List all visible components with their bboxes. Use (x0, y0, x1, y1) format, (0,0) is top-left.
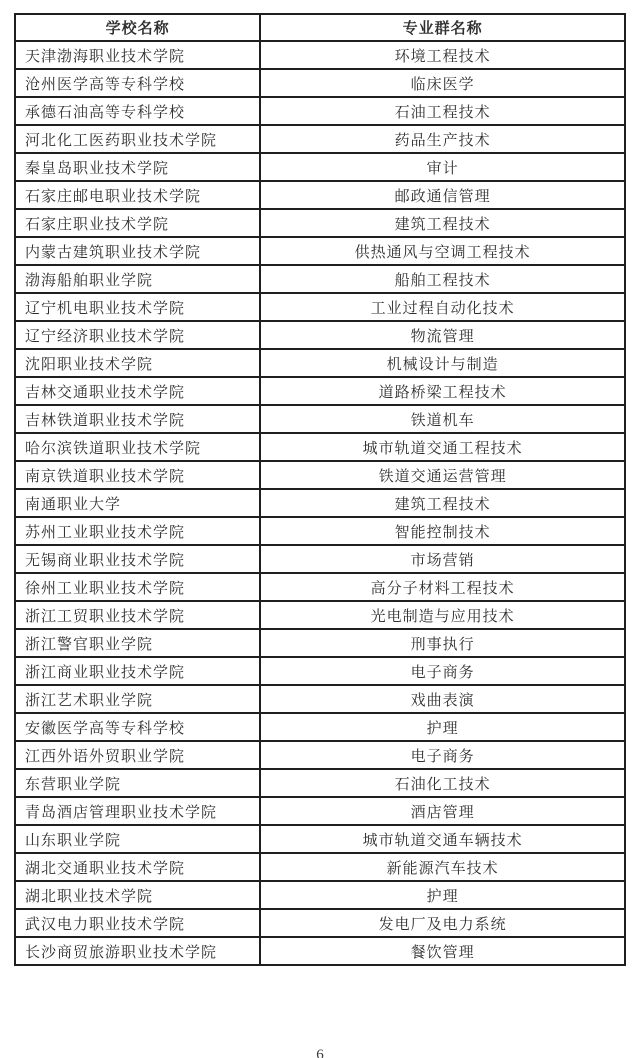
major-group-cell: 高分子材料工程技术 (260, 573, 625, 601)
table-row: 承德石油高等专科学校石油工程技术 (15, 97, 625, 125)
school-name-cell: 石家庄职业技术学院 (15, 209, 260, 237)
major-group-cell: 道路桥梁工程技术 (260, 377, 625, 405)
table-row: 浙江艺术职业学院戏曲表演 (15, 685, 625, 713)
table-row: 石家庄职业技术学院建筑工程技术 (15, 209, 625, 237)
school-name-cell: 徐州工业职业技术学院 (15, 573, 260, 601)
school-name-cell: 吉林交通职业技术学院 (15, 377, 260, 405)
major-group-cell: 刑事执行 (260, 629, 625, 657)
school-name-cell: 苏州工业职业技术学院 (15, 517, 260, 545)
school-name-cell: 东营职业学院 (15, 769, 260, 797)
school-name-cell: 武汉电力职业技术学院 (15, 909, 260, 937)
school-major-table: 学校名称 专业群名称 天津渤海职业技术学院环境工程技术沧州医学高等专科学校临床医… (14, 13, 626, 966)
table-row: 吉林铁道职业技术学院铁道机车 (15, 405, 625, 433)
major-group-cell: 智能控制技术 (260, 517, 625, 545)
major-group-cell: 供热通风与空调工程技术 (260, 237, 625, 265)
table-row: 青岛酒店管理职业技术学院酒店管理 (15, 797, 625, 825)
school-name-cell: 湖北职业技术学院 (15, 881, 260, 909)
major-group-cell: 新能源汽车技术 (260, 853, 625, 881)
table-row: 辽宁经济职业技术学院物流管理 (15, 321, 625, 349)
school-name-cell: 浙江商业职业技术学院 (15, 657, 260, 685)
school-name-cell: 沧州医学高等专科学校 (15, 69, 260, 97)
table-row: 天津渤海职业技术学院环境工程技术 (15, 41, 625, 69)
major-group-cell: 电子商务 (260, 657, 625, 685)
table-row: 沈阳职业技术学院机械设计与制造 (15, 349, 625, 377)
school-name-cell: 渤海船舶职业学院 (15, 265, 260, 293)
table-row: 渤海船舶职业学院船舶工程技术 (15, 265, 625, 293)
major-group-cell: 环境工程技术 (260, 41, 625, 69)
school-name-cell: 石家庄邮电职业技术学院 (15, 181, 260, 209)
table-row: 安徽医学高等专科学校护理 (15, 713, 625, 741)
table-row: 河北化工医药职业技术学院药品生产技术 (15, 125, 625, 153)
table-row: 无锡商业职业技术学院市场营销 (15, 545, 625, 573)
major-group-cell: 船舶工程技术 (260, 265, 625, 293)
major-group-cell: 机械设计与制造 (260, 349, 625, 377)
major-group-cell: 护理 (260, 881, 625, 909)
major-group-cell: 城市轨道交通工程技术 (260, 433, 625, 461)
school-name-cell: 浙江警官职业学院 (15, 629, 260, 657)
school-name-cell: 哈尔滨铁道职业技术学院 (15, 433, 260, 461)
table-row: 浙江工贸职业技术学院光电制造与应用技术 (15, 601, 625, 629)
major-group-cell: 邮政通信管理 (260, 181, 625, 209)
major-group-cell: 餐饮管理 (260, 937, 625, 965)
table-row: 湖北交通职业技术学院新能源汽车技术 (15, 853, 625, 881)
school-name-cell: 长沙商贸旅游职业技术学院 (15, 937, 260, 965)
major-group-cell: 药品生产技术 (260, 125, 625, 153)
school-name-cell: 吉林铁道职业技术学院 (15, 405, 260, 433)
major-group-cell: 铁道机车 (260, 405, 625, 433)
major-group-cell: 光电制造与应用技术 (260, 601, 625, 629)
table-row: 浙江警官职业学院刑事执行 (15, 629, 625, 657)
school-name-cell: 无锡商业职业技术学院 (15, 545, 260, 573)
table-row: 沧州医学高等专科学校临床医学 (15, 69, 625, 97)
major-group-cell: 戏曲表演 (260, 685, 625, 713)
school-name-cell: 浙江工贸职业技术学院 (15, 601, 260, 629)
table-row: 吉林交通职业技术学院道路桥梁工程技术 (15, 377, 625, 405)
table-row: 石家庄邮电职业技术学院邮政通信管理 (15, 181, 625, 209)
major-group-cell: 审计 (260, 153, 625, 181)
column-header-school: 学校名称 (15, 14, 260, 41)
table-row: 内蒙古建筑职业技术学院供热通风与空调工程技术 (15, 237, 625, 265)
major-group-cell: 建筑工程技术 (260, 489, 625, 517)
table-row: 辽宁机电职业技术学院工业过程自动化技术 (15, 293, 625, 321)
page-number: 6 (0, 1047, 640, 1058)
school-name-cell: 江西外语外贸职业学院 (15, 741, 260, 769)
major-group-cell: 城市轨道交通车辆技术 (260, 825, 625, 853)
major-group-cell: 石油化工技术 (260, 769, 625, 797)
school-name-cell: 辽宁机电职业技术学院 (15, 293, 260, 321)
school-name-cell: 南通职业大学 (15, 489, 260, 517)
major-group-cell: 物流管理 (260, 321, 625, 349)
table-row: 湖北职业技术学院护理 (15, 881, 625, 909)
table-row: 山东职业学院城市轨道交通车辆技术 (15, 825, 625, 853)
table-row: 长沙商贸旅游职业技术学院餐饮管理 (15, 937, 625, 965)
major-group-cell: 临床医学 (260, 69, 625, 97)
school-name-cell: 承德石油高等专科学校 (15, 97, 260, 125)
major-group-cell: 铁道交通运营管理 (260, 461, 625, 489)
major-group-cell: 建筑工程技术 (260, 209, 625, 237)
school-name-cell: 辽宁经济职业技术学院 (15, 321, 260, 349)
school-name-cell: 青岛酒店管理职业技术学院 (15, 797, 260, 825)
school-name-cell: 沈阳职业技术学院 (15, 349, 260, 377)
table-row: 南京铁道职业技术学院铁道交通运营管理 (15, 461, 625, 489)
table-row: 武汉电力职业技术学院发电厂及电力系统 (15, 909, 625, 937)
major-group-cell: 电子商务 (260, 741, 625, 769)
table-row: 江西外语外贸职业学院电子商务 (15, 741, 625, 769)
table-row: 秦皇岛职业技术学院审计 (15, 153, 625, 181)
table-row: 东营职业学院石油化工技术 (15, 769, 625, 797)
school-name-cell: 内蒙古建筑职业技术学院 (15, 237, 260, 265)
school-name-cell: 浙江艺术职业学院 (15, 685, 260, 713)
table-row: 徐州工业职业技术学院高分子材料工程技术 (15, 573, 625, 601)
school-name-cell: 秦皇岛职业技术学院 (15, 153, 260, 181)
table-row: 南通职业大学建筑工程技术 (15, 489, 625, 517)
major-group-cell: 工业过程自动化技术 (260, 293, 625, 321)
column-header-major: 专业群名称 (260, 14, 625, 41)
table-row: 浙江商业职业技术学院电子商务 (15, 657, 625, 685)
table-header-row: 学校名称 专业群名称 (15, 14, 625, 41)
major-group-cell: 发电厂及电力系统 (260, 909, 625, 937)
major-group-cell: 石油工程技术 (260, 97, 625, 125)
table-body: 天津渤海职业技术学院环境工程技术沧州医学高等专科学校临床医学承德石油高等专科学校… (15, 41, 625, 965)
major-group-cell: 市场营销 (260, 545, 625, 573)
school-name-cell: 山东职业学院 (15, 825, 260, 853)
major-group-cell: 护理 (260, 713, 625, 741)
school-name-cell: 河北化工医药职业技术学院 (15, 125, 260, 153)
major-group-cell: 酒店管理 (260, 797, 625, 825)
table-row: 哈尔滨铁道职业技术学院城市轨道交通工程技术 (15, 433, 625, 461)
table-row: 苏州工业职业技术学院智能控制技术 (15, 517, 625, 545)
school-name-cell: 湖北交通职业技术学院 (15, 853, 260, 881)
school-name-cell: 南京铁道职业技术学院 (15, 461, 260, 489)
school-name-cell: 安徽医学高等专科学校 (15, 713, 260, 741)
school-name-cell: 天津渤海职业技术学院 (15, 41, 260, 69)
